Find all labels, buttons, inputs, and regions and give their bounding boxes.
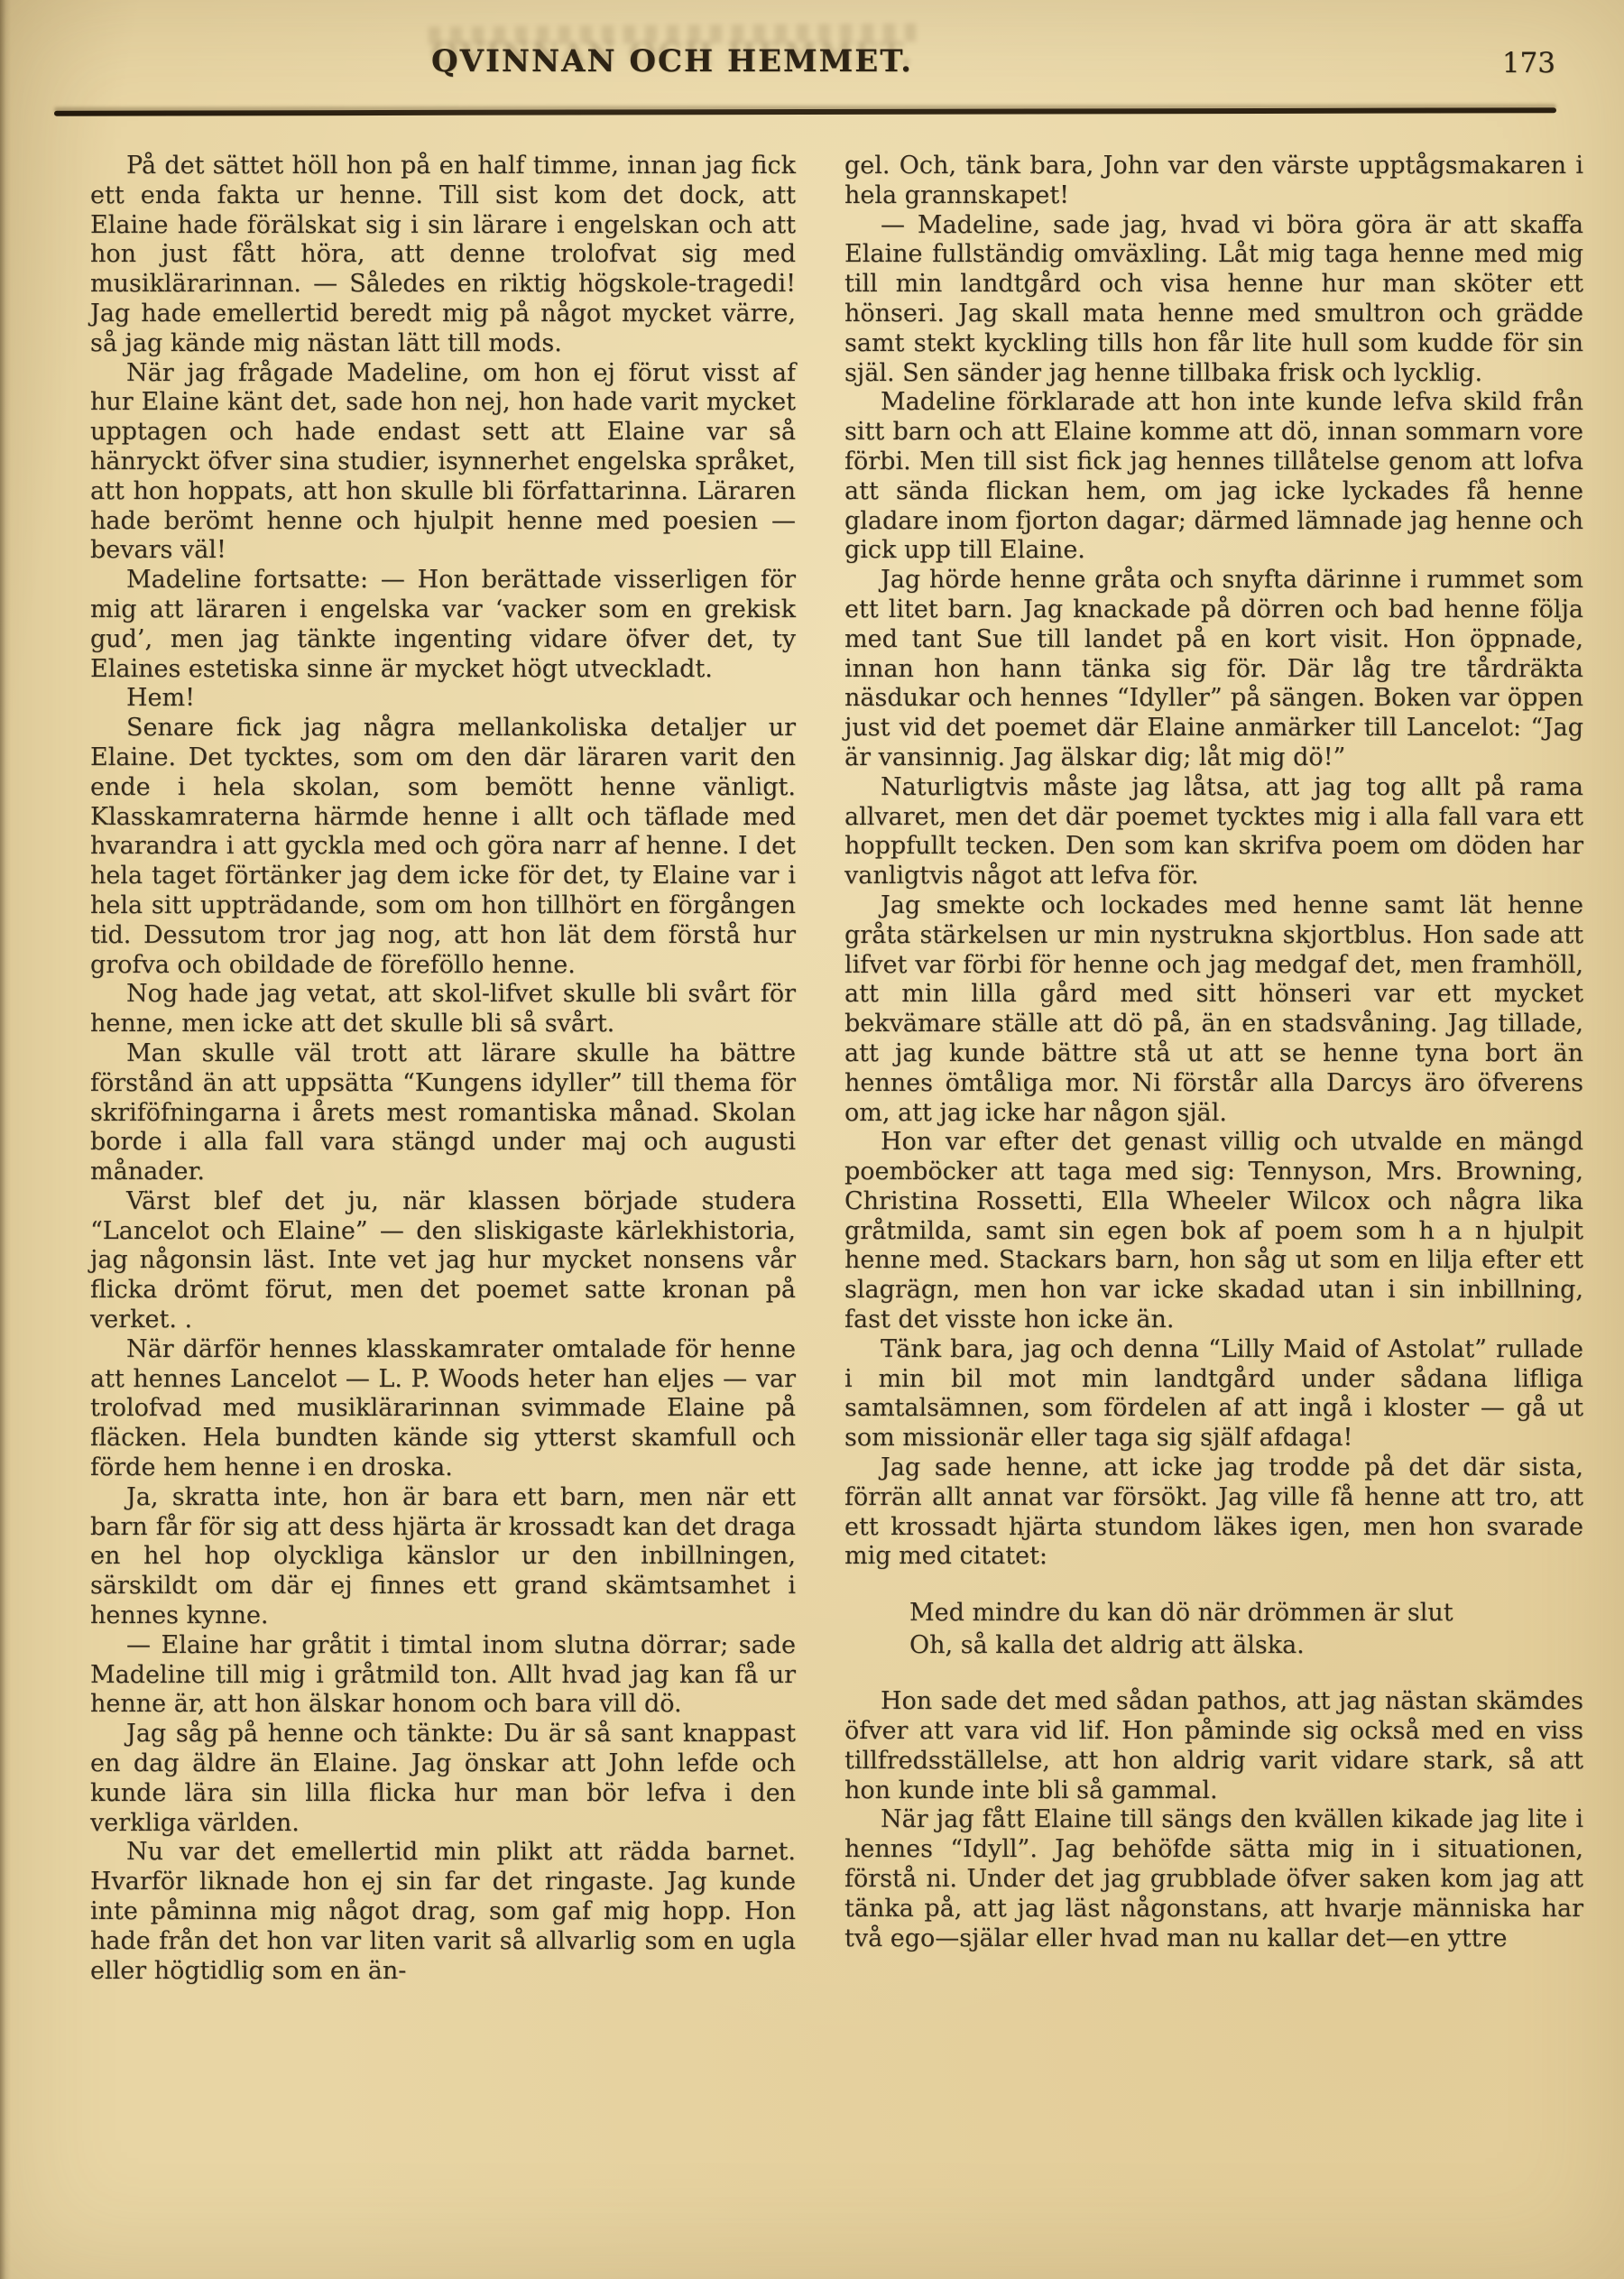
ink-bleed-smudge [429,23,916,45]
paragraph: Hon sade det med sådan pathos, att jag n… [844,1687,1583,1805]
paragraph: Hon var efter det genast villig och utva… [844,1128,1583,1335]
paragraph: — Madeline, sade jag, hvad vi böra göra … [844,211,1583,389]
paragraph: Nu var det emellertid min plikt att rädd… [90,1838,796,1986]
paragraph: Hem! [90,684,796,714]
paragraph: Man skulle väl trott att lärare skulle h… [90,1039,796,1187]
paragraph: När därför hennes klasskamrater omtalade… [90,1335,796,1483]
poem-quote-line: Oh, så kalla det aldrig att älska. [909,1629,1583,1662]
page-title: QVINNAN OCH HEMMET. [431,43,913,79]
paragraph: När jag frågade Madeline, om hon ej föru… [90,359,796,567]
page-number: 173 [1502,47,1555,79]
poem-quote: Med mindre du kan dö när drömmen är slut… [909,1597,1583,1662]
column-right: gel. Och, tänk bara, John var den värste… [844,152,1583,1986]
paragraph: Jag sade henne, att icke jag trodde på d… [844,1453,1583,1572]
paragraph: Jag hörde henne gråta och snyfta därinne… [844,566,1583,773]
paragraph: gel. Och, tänk bara, John var den värste… [844,152,1583,211]
paragraph: Naturligtvis måste jag låtsa, att jag to… [844,773,1583,891]
paragraph: Madeline fortsatte: — Hon berättade viss… [90,566,796,684]
paragraph: På det sättet höll hon på en half timme,… [90,152,796,359]
paragraph: Ja, skratta inte, hon är bara ett barn, … [90,1483,796,1631]
scan-edge-shadow [0,0,11,2279]
paragraph: Jag smekte och lockades med henne samt l… [844,891,1583,1128]
poem-quote-line: Med mindre du kan dö när drömmen är slut [909,1597,1583,1629]
header-rule [54,107,1556,115]
paragraph: Jag såg på henne och tänkte: Du är så sa… [90,1720,796,1838]
column-left: På det sättet höll hon på en half timme,… [90,152,796,1986]
paragraph: Nog hade jag vetat, att skol-lifvet skul… [90,980,796,1039]
paragraph: Tänk bara, jag och denna “Lilly Maid of … [844,1335,1583,1453]
paragraph: — Elaine har gråtit i timtal inom slutna… [90,1631,796,1720]
paragraph: När jag fått Elaine till sängs den kväll… [844,1805,1583,1953]
paragraph: Senare fick jag några mellankoliska deta… [90,714,796,980]
paragraph: Värst blef det ju, när klassen började s… [90,1187,796,1335]
paragraph: Madeline förklarade att hon inte kunde l… [844,388,1583,566]
text-columns: På det sättet höll hon på en half timme,… [90,152,1583,1986]
magazine-page: QVINNAN OCH HEMMET. 173 På det sättet hö… [0,0,1624,2279]
